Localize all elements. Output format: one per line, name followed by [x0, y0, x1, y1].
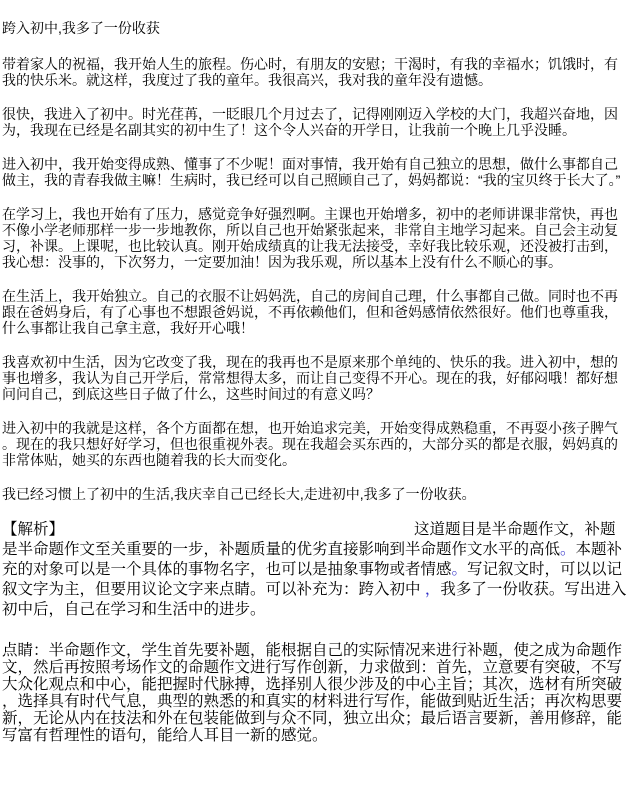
analysis-gap-spacer — [64, 533, 414, 534]
analysis-label: 【解析】 — [2, 521, 64, 538]
analysis-blue-punctuation: 。 — [560, 541, 576, 558]
essay-paragraph: 我喜欢初中生活，因为它改变了我，现在的我再也不是原来那个单纯的、快乐的我。进入初… — [2, 354, 627, 402]
analysis-blue-punctuation: ， — [425, 581, 441, 598]
essay-paragraph: 在学习上，我也开始有了压力，感觉竞争好强烈啊。主课也开始增多，初中的老师讲课非常… — [2, 206, 627, 270]
key-points-paragraph: 点睛：半命题作文，学生首先要补题，能根据自己的实际情况来进行补题，使之成为命题作… — [2, 642, 627, 744]
essay-title: 跨入初中,我多了一份收获 — [2, 20, 627, 36]
analysis-blue-punctuation: 。 — [452, 561, 468, 578]
analysis-text: 这道题目是半命题作文，补题是半命题作文至关重要的一步，补题质量的优劣直接影响到半… — [2, 521, 626, 618]
essay-paragraph: 我已经习惯上了初中的生活,我庆幸自己已经长大,走进初中,我多了一份收获。 — [2, 486, 627, 502]
essay-paragraph: 很快，我进入了初中。时光荏苒，一眨眼几个月过去了，记得刚刚迈入学校的大门，我超兴… — [2, 106, 627, 138]
analysis-section: 【解析】这道题目是半命题作文，补题是半命题作文至关重要的一步，补题质量的优劣直接… — [2, 520, 627, 620]
document-page: 跨入初中,我多了一份收获 带着家人的祝福，我开始人生的旅程。伤心时，有朋友的安慰… — [0, 0, 630, 744]
essay-paragraph: 进入初中的我就是这样，各个方面都在想，也开始追求完美，开始变得成熟稳重，不再耍小… — [2, 420, 627, 468]
essay-paragraph: 进入初中，我开始变得成熟、懂事了不少呢！面对事情，我开始有自己独立的思想，做什么… — [2, 156, 627, 188]
essay-paragraph: 带着家人的祝福，我开始人生的旅程。伤心时，有朋友的安慰；干渴时，有我的幸福水；饥… — [2, 56, 627, 88]
essay-paragraph: 在生活上，我开始独立。自己的衣服不让妈妈洗，自己的房间自己理，什么事都自己做。同… — [2, 288, 627, 336]
analysis-run: 这道题目是半命题作文，补题是半命题作文至关重要的一步，补题质量的优劣直接影响到半… — [2, 521, 616, 558]
